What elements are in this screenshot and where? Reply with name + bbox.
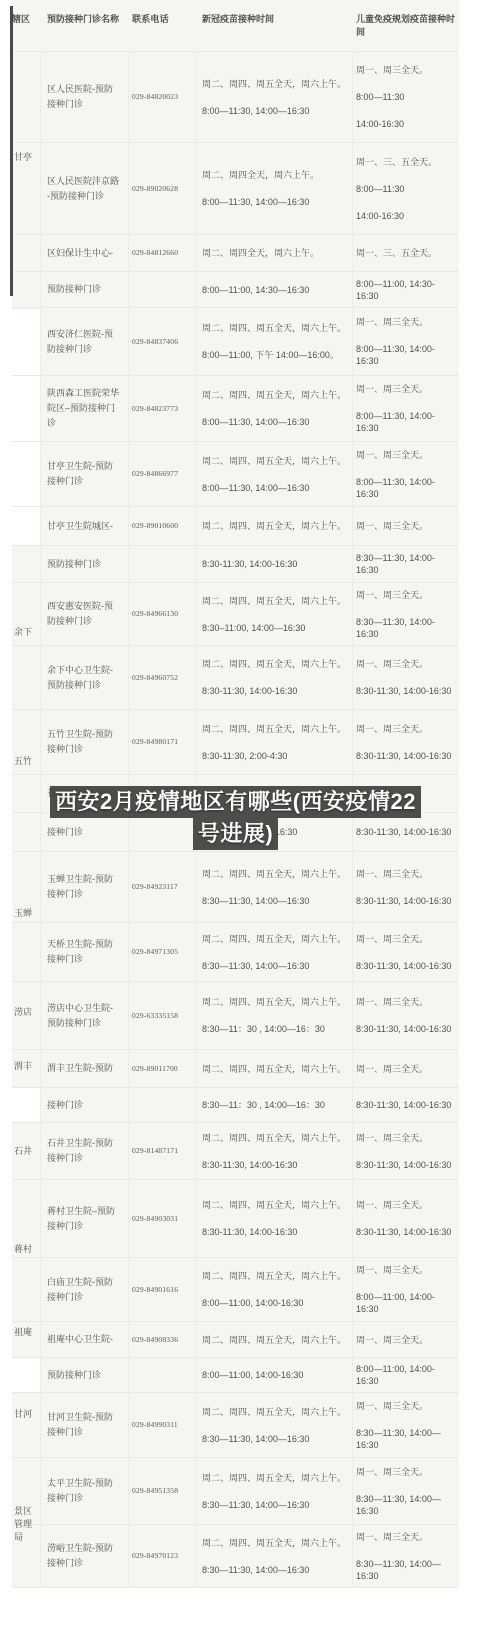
left-edge-divider: [10, 6, 13, 296]
clinic-name: 涝店中心卫生院- 预防接种门诊: [40, 982, 128, 1049]
region-cell: [12, 1180, 40, 1257]
covid-schedule: 周二、周四全天，周六上午。: [196, 235, 352, 271]
table-row: 甘河卫生院-预防 接种门诊 029-84990311 周二、周四、周五全天，周六…: [12, 1393, 459, 1458]
child-schedule: 周一、周三全天。8:00—11:00, 14:00-16:30: [352, 1258, 459, 1321]
clinic-name: 区人民医院-预防 接种门诊: [40, 52, 128, 142]
child-schedule: 周一、三、五全天。8:00—11:3014:00-16:30: [352, 143, 459, 234]
clinic-name: 蒋村卫生院–预防 接种门诊: [40, 1180, 128, 1257]
table-row: 涝峪卫生院-预防 接种门诊 029-84970123 周二、周四、周五全天，周六…: [12, 1525, 459, 1588]
table-row: 玉蝉卫生院-预防 接种门诊 029-84923117 周二、周四、周五全天，周六…: [12, 852, 459, 923]
clinic-name: 太平卫生院-预防 接种门诊: [40, 1458, 128, 1524]
clinic-phone: 029-84966130: [128, 583, 196, 645]
region-cell: [12, 1525, 40, 1587]
clinic-name: 预防接种门诊: [40, 546, 128, 582]
child-schedule: 8:30-11:30, 14:00-16:30: [352, 1088, 459, 1122]
child-schedule: 周一、周三全天。8:30—11:30, 14:00—16:30: [352, 1458, 459, 1524]
covid-schedule: 周二、周四、周五全天，周六上午。8:30—11：30 , 14:00—16：30: [196, 982, 352, 1049]
clinic-name: 甘河卫生院-预防 接种门诊: [40, 1393, 128, 1457]
child-schedule: 周一、周三全天。8:00—11:30, 14:00-16:30: [352, 376, 459, 441]
child-schedule: 周一、周三全天。8:30-11:30, 14:00-16:30: [352, 710, 459, 774]
table-row: 西安惠安医院-预 防接种门诊 029-84966130 周二、周四、周五全天，周…: [12, 583, 459, 646]
region-cell: [12, 646, 40, 709]
clinic-phone: 029-84823773: [128, 376, 196, 441]
table-row: 余下中心卫生院- 预防接种门诊 029-84960752 周二、周四、周五全天，…: [12, 646, 459, 710]
region-cell: [12, 1393, 40, 1457]
covid-schedule: 8:00—11:00, 14:30—16:30: [196, 272, 352, 307]
clinic-phone: 029-84901616: [128, 1258, 196, 1321]
clinic-name: 石井卫生院-预防 接种门诊: [40, 1123, 128, 1179]
region-cell: [12, 235, 40, 271]
clinic-phone: 029-81487171: [128, 1123, 196, 1179]
clinic-name: 区人民医院沣京路 -预防接种门诊: [40, 143, 128, 234]
region-cell: [12, 272, 40, 307]
table-row: 区人民医院-预防 接种门诊 029-84820023 周二、周四、周五全天，周六…: [12, 52, 459, 143]
child-schedule: 周一、三、五全天。: [352, 235, 459, 271]
clinic-phone: [128, 1088, 196, 1122]
clinic-phone: 029-84908336: [128, 1322, 196, 1357]
clinic-phone: 029-84970123: [128, 1525, 196, 1587]
clinic-phone: [128, 1358, 196, 1392]
region-cell: [12, 1322, 40, 1357]
table-row: 预防接种门诊 8:00—11:00, 14:30—16:30 8:00—11:0…: [12, 272, 459, 308]
region-cell: [12, 1088, 40, 1122]
table-row: 预防接种门诊 8:30-11:30, 14:00-16:30 8:30—11:3…: [12, 546, 459, 583]
covid-schedule: 周二、周四、周五全天，周六上午。8:30-11:30, 14:00-16:30: [196, 1123, 352, 1179]
clinic-phone: [128, 546, 196, 582]
child-schedule: 周一、周三全天。: [352, 1322, 459, 1357]
covid-schedule: 周二、周四、周五全天，周六上午。8:00—11:30, 14:00—16:30: [196, 52, 352, 142]
child-schedule: 周一、周三全天。8:30-11:30, 14:00-16:30: [352, 646, 459, 709]
region-cell: [12, 376, 40, 441]
clinic-name: 西安济仁医院-预 防接种门诊: [40, 308, 128, 375]
region-cell: [12, 1258, 40, 1321]
covid-schedule: 周二、周四、周五全天，周六上午。8:00—11:30, 14:00—16:30: [196, 376, 352, 441]
table-row: 接种门诊 8:30—11：30 , 14:00—16：30 8:30-11:30…: [12, 1088, 459, 1123]
header-covid-time: 新冠疫苗接种时间: [196, 0, 352, 51]
table-row: 祖庵中心卫生院- 029-84908336 周二、周四、周五全天，周六上午。 周…: [12, 1322, 459, 1358]
table-row: 区妇保计生中心- 029-84812660 周二、周四全天，周六上午。 周一、三…: [12, 235, 459, 272]
header-clinic-name: 预防接种门诊名称: [40, 0, 128, 51]
table-row: 西安济仁医院-预 防接种门诊 029-84837406 周二、周四、周五全天，周…: [12, 308, 459, 376]
title-line-2: 号进展): [193, 818, 278, 850]
clinic-phone: 029-84971305: [128, 923, 196, 981]
covid-schedule: 8:30-11:30, 14:00-16:30: [196, 546, 352, 582]
covid-schedule: 周二、周四、周五全天，周六上午。: [196, 1322, 352, 1357]
child-schedule: 8:00—11:00, 14:00-16:30: [352, 1358, 459, 1392]
covid-schedule: 周二、周四、周五全天，周六上午。8:30-11:30, 14:00-16:30: [196, 1180, 352, 1257]
clinic-phone: 029-84980171: [128, 710, 196, 774]
region-cell: [12, 546, 40, 582]
clinic-name: 涝峪卫生院-预防 接种门诊: [40, 1525, 128, 1587]
region-cell: [12, 442, 40, 506]
header-child-time: 儿童免疫规划疫苗接种时 间: [352, 0, 459, 51]
covid-schedule: 周二、周四、周五全天，周六上午。8:30—11:30, 14:00—16:30: [196, 1525, 352, 1587]
child-schedule: 周一、周三全天。8:30-11:30, 14:00-16:30: [352, 1180, 459, 1257]
region-cell: [12, 710, 40, 774]
region-cell: [12, 923, 40, 981]
table-row: 太平卫生院-预防 接种门诊 029-84951358 周二、周四、周五全天，周六…: [12, 1458, 459, 1525]
article-title-overlay: 西安2月疫情地区有哪些(西安疫情22 号进展): [12, 786, 459, 850]
child-schedule: 周一、周三全天。8:30-11:30, 14:00-16:30: [352, 923, 459, 981]
table-row: 白庙卫生院-预防 接种门诊 029-84901616 周二、周四、周五全天，周六…: [12, 1258, 459, 1322]
header-phone: 联系电话: [128, 0, 196, 51]
child-schedule: 周一、周三全天。8:30-11:30, 14:00-16:30: [352, 852, 459, 922]
covid-schedule: 周二、周四、周五全天，周六上午。: [196, 507, 352, 545]
table-row: 区人民医院沣京路 -预防接种门诊 029-89020628 周二、周四全天，周六…: [12, 143, 459, 235]
clinic-name: 预防接种门诊: [40, 272, 128, 307]
covid-schedule: 周二、周四全天，周六上午。8:00—11:30, 14:00—16:30: [196, 143, 352, 234]
child-schedule: 8:30—11:30, 14:00-16:30: [352, 546, 459, 582]
child-schedule: 周一、周三全天。8:30-11:30, 14:00-16:30: [352, 1123, 459, 1179]
clinic-name: 祖庵中心卫生院-: [40, 1322, 128, 1357]
child-schedule: 周一、周三全天。: [352, 1050, 459, 1087]
child-schedule: 周一、周三全天。: [352, 507, 459, 545]
title-line-1: 西安2月疫情地区有哪些(西安疫情22: [50, 786, 421, 818]
child-schedule: 8:00—11:00, 14:30-16:30: [352, 272, 459, 307]
clinic-phone: 029-84820023: [128, 52, 196, 142]
clinic-name: 渭丰卫生院-预防: [40, 1050, 128, 1087]
covid-schedule: 周二、周四、周五全天，周六上午。8:30-11:30, 2:00-4:30: [196, 710, 352, 774]
region-cell: [12, 583, 40, 645]
region-cell: [12, 507, 40, 545]
table-header-row: 辖区 预防接种门诊名称 联系电话 新冠疫苗接种时间 儿童免疫规划疫苗接种时 间: [12, 0, 459, 52]
covid-schedule: 周二、周四、周五全天，周六上午。8:30—11:30, 14:00—16:30: [196, 923, 352, 981]
clinic-phone: 029-63335158: [128, 982, 196, 1049]
covid-schedule: 周二、周四、周五全天，周六上午。8:30—11:30, 14:00—16:30: [196, 852, 352, 922]
table-row: 涝店中心卫生院- 预防接种门诊 029-63335158 周二、周四、周五全天，…: [12, 982, 459, 1050]
region-cell: [12, 1458, 40, 1524]
clinic-name: 天桥卫生院-预防 接种门诊: [40, 923, 128, 981]
clinic-phone: 029-84866977: [128, 442, 196, 506]
child-schedule: 周一、周三全天。8:00—11:30, 14:00-16:30: [352, 308, 459, 375]
region-cell: [12, 308, 40, 375]
child-schedule: 周一、周三全天。8:30—11:30, 14:00—16:30: [352, 1525, 459, 1587]
table-row: 甘亭卫生院-预防 接种门诊 029-84866977 周二、周四、周五全天，周六…: [12, 442, 459, 507]
covid-schedule: 周二、周四、周五全天，周六上午。: [196, 1050, 352, 1087]
region-cell: [12, 1358, 40, 1392]
region-cell: [12, 52, 40, 142]
child-schedule: 周一、周三全天。8:30—11:30, 14:00—16:30: [352, 1393, 459, 1457]
region-cell: [12, 1123, 40, 1179]
child-schedule: 周一、周三全天。8:30—11:30, 14:00-16:30: [352, 583, 459, 645]
covid-schedule: 周二、周四、周五全天，周六上午。8:30–11:00, 14:00—16:30: [196, 583, 352, 645]
clinic-name: 甘亭卫生院城区-: [40, 507, 128, 545]
table-row: 预防接种门诊 8:00—11:00, 14:00-16:30 8:00—11:0…: [12, 1358, 459, 1393]
page-root: 辖区 预防接种门诊名称 联系电话 新冠疫苗接种时间 儿童免疫规划疫苗接种时 间 …: [0, 0, 500, 1641]
clinic-phone: 029-84923117: [128, 852, 196, 922]
covid-schedule: 周二、周四、周五全天，周六上午。8:00—11:30, 14:00—16:30: [196, 442, 352, 506]
covid-schedule: 8:00—11:00, 14:00-16:30: [196, 1358, 352, 1392]
covid-schedule: 周二、周四、周五全天，周六上午。8:30—11:30, 14:00—16:30: [196, 1458, 352, 1524]
clinic-name: 预防接种门诊: [40, 1358, 128, 1392]
clinic-phone: 029-84960752: [128, 646, 196, 709]
clinic-phone: 029-84990311: [128, 1393, 196, 1457]
table-row: 五竹卫生院-预防 接种门诊 029-84980171 周二、周四、周五全天，周六…: [12, 710, 459, 775]
table-row: 天桥卫生院-预防 接种门诊 029-84971305 周二、周四、周五全天，周六…: [12, 923, 459, 982]
covid-schedule: 周二、周四、周五全天，周六上午。8:30—11:30, 14:00—16:30: [196, 1393, 352, 1457]
region-cell: [12, 982, 40, 1049]
header-region: 辖区: [12, 0, 40, 51]
covid-schedule: 周二、周四、周五全天，周六上午。8:00—11:00, 下午 14:00—16:…: [196, 308, 352, 375]
covid-schedule: 周二、周四、周五全天，周六上午。8:00—11:00, 14:00-16:30: [196, 1258, 352, 1321]
table-row: 陕西森工医院荣华 院区–预防接种门 诊 029-84823773 周二、周四、周…: [12, 376, 459, 442]
clinic-phone: 029-89010600: [128, 507, 196, 545]
child-schedule: 周一、周三全天。8:30-11:30, 14:00-16:30: [352, 982, 459, 1049]
covid-schedule: 8:30—11：30 , 14:00—16：30: [196, 1088, 352, 1122]
clinic-phone: 029-84903031: [128, 1180, 196, 1257]
child-schedule: 周一、周三全天。8:00—11:3014:00-16:30: [352, 52, 459, 142]
table-row: 蒋村卫生院–预防 接种门诊 029-84903031 周二、周四、周五全天，周六…: [12, 1180, 459, 1258]
clinic-phone: 029-84837406: [128, 308, 196, 375]
table-row: 甘亭卫生院城区- 029-89010600 周二、周四、周五全天，周六上午。 周…: [12, 507, 459, 546]
child-schedule: 周一、周三全天。8:00—11:30, 14:00-16:30: [352, 442, 459, 506]
clinic-name: 五竹卫生院-预防 接种门诊: [40, 710, 128, 774]
region-cell: [12, 143, 40, 234]
clinic-name: 陕西森工医院荣华 院区–预防接种门 诊: [40, 376, 128, 441]
clinic-name: 玉蝉卫生院-预防 接种门诊: [40, 852, 128, 922]
clinic-phone: 029-89011700: [128, 1050, 196, 1087]
clinic-name: 余下中心卫生院- 预防接种门诊: [40, 646, 128, 709]
table-row: 石井卫生院-预防 接种门诊 029-81487171 周二、周四、周五全天，周六…: [12, 1123, 459, 1180]
region-cell: [12, 1050, 40, 1087]
clinic-name: 甘亭卫生院-预防 接种门诊: [40, 442, 128, 506]
clinic-phone: 029-89020628: [128, 143, 196, 234]
clinic-phone: [128, 272, 196, 307]
clinic-name: 白庙卫生院-预防 接种门诊: [40, 1258, 128, 1321]
clinic-name: 区妇保计生中心-: [40, 235, 128, 271]
clinic-name: 接种门诊: [40, 1088, 128, 1122]
covid-schedule: 周二、周四、周五全天，周六上午。8:30-11:30, 14:00-16:30: [196, 646, 352, 709]
clinic-name: 西安惠安医院-预 防接种门诊: [40, 583, 128, 645]
clinic-phone: 029-84951358: [128, 1458, 196, 1524]
region-cell: [12, 852, 40, 922]
table-row: 渭丰卫生院-预防 029-89011700 周二、周四、周五全天，周六上午。 周…: [12, 1050, 459, 1088]
clinic-phone: 029-84812660: [128, 235, 196, 271]
